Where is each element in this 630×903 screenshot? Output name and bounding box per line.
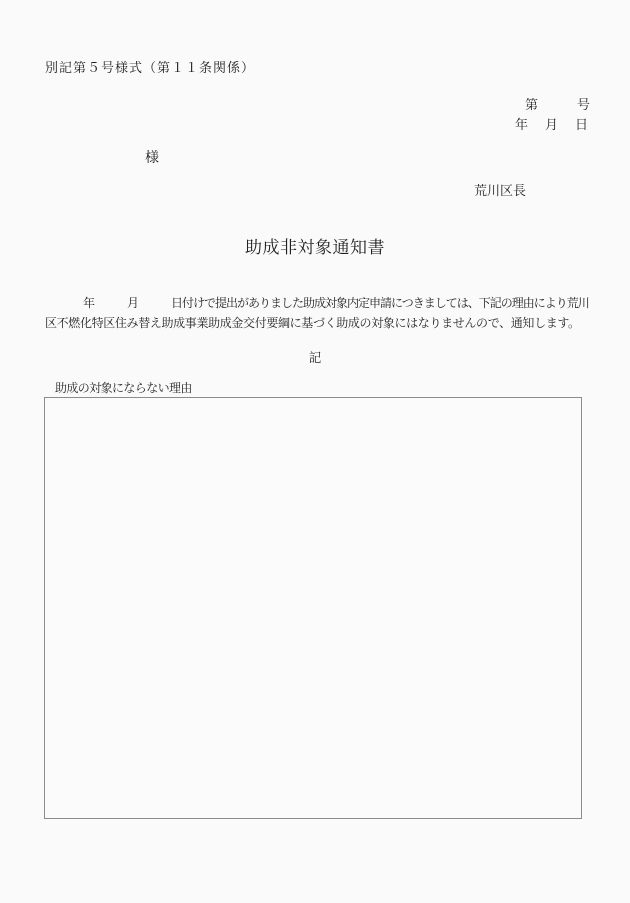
body-paragraph: 年 月 日付けで提出がありました助成対象内定申請につきましては、下記の理由により… (45, 293, 600, 333)
form-style-note: 別記第５号様式（第１１条関係） (45, 61, 255, 74)
reason-section-label: 助成の対象にならない理由 (55, 382, 192, 394)
issue-date-blank: 年 月 日 (515, 118, 590, 131)
addressee-honorific: 様 (145, 152, 159, 166)
body-line-1: 年 月 日付けで提出がありました助成対象内定申請につきましては、下記の理由により… (45, 293, 600, 313)
document-number-blank: 第 号 (525, 98, 590, 111)
record-marker: 記 (0, 352, 630, 365)
sender-name: 荒川区長 (474, 184, 526, 197)
document-title: 助成非対象通知書 (0, 239, 630, 256)
body-line-2: 区不燃化特区住み替え助成事業助成金交付要綱に基づく助成の対象にはなりませんので、… (45, 313, 600, 333)
reason-box (44, 397, 582, 819)
notification-document-page: 別記第５号様式（第１１条関係） 第 号 年 月 日 様 荒川区長 助成非対象通知… (0, 0, 630, 903)
